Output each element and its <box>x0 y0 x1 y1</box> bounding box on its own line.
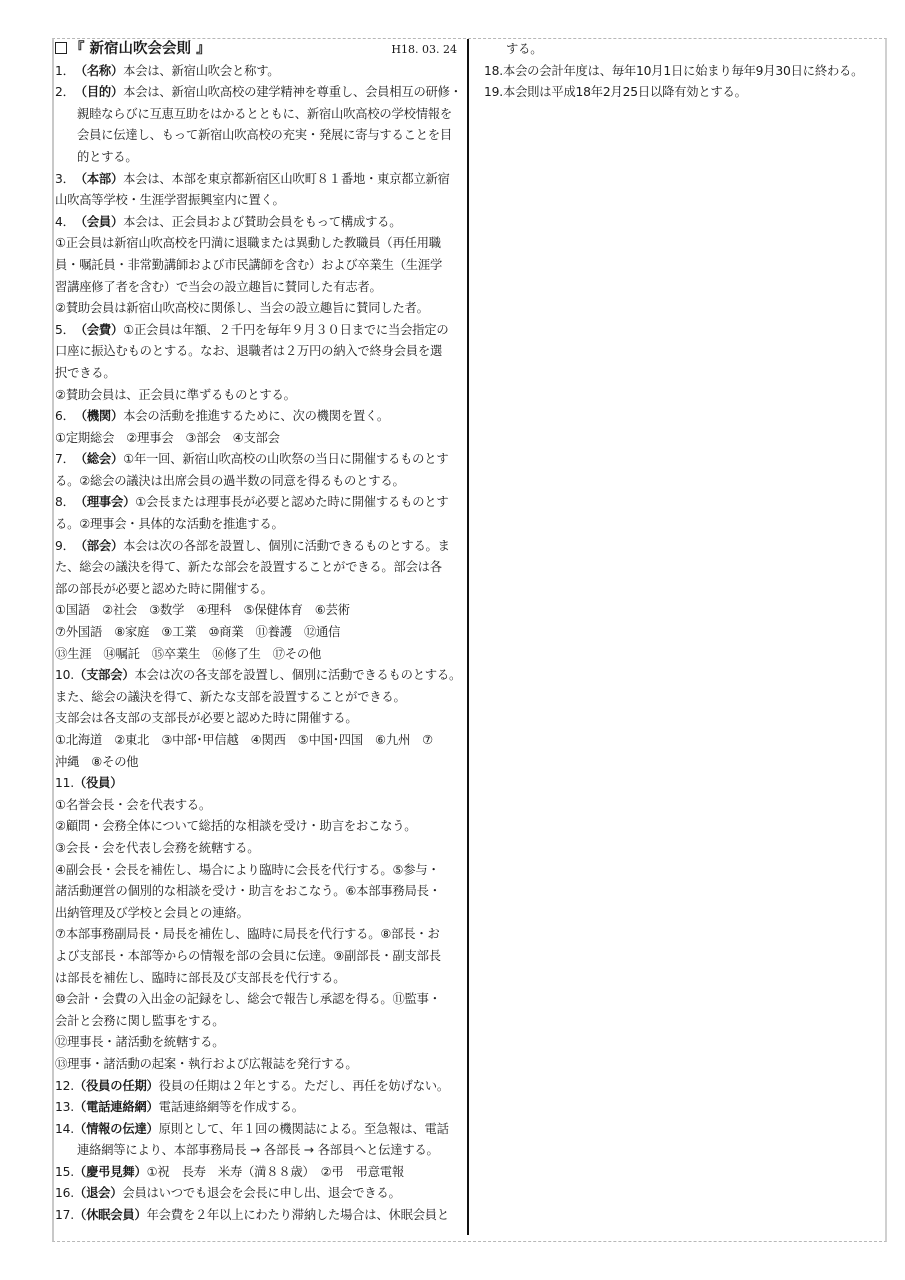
article-number: 1． <box>55 61 75 83</box>
article-line: 13.（電話連絡網）電話連絡網等を作成する。 <box>55 1097 465 1119</box>
article-line: 17.（休眠会員）年会費を２年以上にわたり滞納した場合は、休眠会員と <box>55 1205 465 1227</box>
article-line: 7．（総会）①年一回、新宿山吹高校の山吹祭の当日に開催するものとす <box>55 449 465 471</box>
article-line: 山吹高等学校・生涯学習振興室内に置く。 <box>55 190 465 212</box>
article-line: よび支部長・本部等からの情報を部の会員に伝達。⑨副部長・副支部長 <box>55 946 465 968</box>
article-text: る。②理事会・具体的な活動を推進する。 <box>55 517 284 531</box>
article-number: 13. <box>55 1097 74 1119</box>
article-line: 出納管理及び学校と会員との連絡。 <box>55 903 465 925</box>
article-text: 本会は、本部を東京都新宿区山吹町８１番地・東京都立新宿 <box>123 172 450 186</box>
article-heading: （休眠会員） <box>74 1208 147 1222</box>
article-line: ④副会長・会長を補佐し、場合により臨時に会長を代行する。⑤参与・ <box>55 860 465 882</box>
article-heading: （電話連絡網） <box>74 1100 159 1114</box>
article-text: ①国語 ②社会 ③数学 ④理科 ⑤保健体育 ⑥芸術 <box>55 603 350 617</box>
article-number: 2． <box>55 82 75 104</box>
article-text: ⑫理事長・諸活動を統轄する。 <box>55 1035 224 1049</box>
article-line: 口座に振込むものとする。なお、退職者は２万円の納入で終身会員を選 <box>55 341 465 363</box>
article-line: 6．（機関）本会の活動を推進するために、次の機関を置く。 <box>55 406 465 428</box>
article-text: ①年一回、新宿山吹高校の山吹祭の当日に開催するものとす <box>123 452 448 466</box>
article-text: 電話連絡網等を作成する。 <box>159 1100 304 1114</box>
article-line: 4．（会員）本会は、正会員および賛助会員をもって構成する。 <box>55 212 465 234</box>
article-line: また、総会の議決を得て、新たな支部を設置することができる。 <box>55 687 465 709</box>
article-line: ⑬理事・諸活動の起案・執行および広報誌を発行する。 <box>55 1054 465 1076</box>
article-text: ①会長または理事長が必要と認めた時に開催するものとす <box>135 495 448 509</box>
article-text: 山吹高等学校・生涯学習振興室内に置く。 <box>55 193 285 207</box>
article-line: 沖縄 ⑧その他 <box>55 752 465 774</box>
article-number: 14. <box>55 1119 74 1141</box>
article-heading: （機関） <box>75 409 123 423</box>
article-heading: （慶弔見舞） <box>74 1165 147 1179</box>
article-text: ②賛助会員は、正会員に準ずるものとする。 <box>55 388 296 402</box>
article-line: 択できる。 <box>55 363 465 385</box>
article-heading: （支部会） <box>74 668 135 682</box>
article-text: よび支部長・本部等からの情報を部の会員に伝達。⑨副部長・副支部長 <box>55 949 441 963</box>
article-number: 19. <box>484 82 503 104</box>
article-text: ⑦本部事務副局長・局長を補佐し、臨時に局長を代行する。⑧部長・お <box>55 927 440 941</box>
article-line: する。 <box>484 39 879 61</box>
article-number: 5． <box>55 320 75 342</box>
article-heading: （目的） <box>75 85 123 99</box>
article-line: ⑩会計・会費の入出金の記録をし、総会で報告し承認を得る。⑪監事・ <box>55 989 465 1011</box>
article-number: 10. <box>55 665 74 687</box>
article-heading: （本部） <box>75 172 123 186</box>
article-line: ①正会員は新宿山吹高校を円満に退職または異動した教職員（再任用職 <box>55 233 465 255</box>
article-line: ②賛助会員は、正会員に準ずるものとする。 <box>55 385 465 407</box>
article-text: 習講座修了者を含む）で当会の設立趣旨に賛同した有志者。 <box>55 280 382 294</box>
article-text: ①定期総会 ②理事会 ③部会 ④支部会 <box>55 431 280 445</box>
article-text: また、総会の議決を得て、新たな支部を設置することができる。 <box>55 690 406 704</box>
article-number: 4． <box>55 212 75 234</box>
article-number: 12. <box>55 1076 74 1098</box>
article-number: 18. <box>484 61 503 83</box>
article-heading: （部会） <box>75 539 123 553</box>
article-line: ①国語 ②社会 ③数学 ④理科 ⑤保健体育 ⑥芸術 <box>55 600 465 622</box>
left-column: 『 新宿山吹会会則 』 H18. 03. 24 1．（名称）本会は、新宿山吹会と… <box>55 39 465 1227</box>
article-number: 7． <box>55 449 75 471</box>
checkbox-square-icon <box>55 42 67 54</box>
article-text: 択できる。 <box>55 366 116 380</box>
article-text: 員・嘱託員・非常勤講師および市民講師を含む）および卒業生（生涯学 <box>55 258 442 272</box>
document-title: 『 新宿山吹会会則 』 <box>55 39 211 61</box>
article-heading: （名称） <box>75 64 123 78</box>
article-line: ①定期総会 ②理事会 ③部会 ④支部会 <box>55 428 465 450</box>
article-text: ③会長・会を代表し会務を統轄する。 <box>55 841 259 855</box>
article-line: ⑦本部事務副局長・局長を補佐し、臨時に局長を代行する。⑧部長・お <box>55 924 465 946</box>
right-article-list: する。18.本会の会計年度は、毎年10月1日に始まり毎年9月30日に終わる。19… <box>484 39 879 104</box>
article-heading: （情報の伝達） <box>74 1122 159 1136</box>
article-line: 11.（役員） <box>55 773 465 795</box>
article-text: ⑬生涯 ⑭嘱託 ⑮卒業生 ⑯修了生 ⑰その他 <box>55 647 321 661</box>
article-text: ④副会長・会長を補佐し、場合により臨時に会長を代行する。⑤参与・ <box>55 863 440 877</box>
column-divider <box>467 39 469 1235</box>
article-text: 役員の任期は２年とする。ただし、再任を妨げない。 <box>159 1079 449 1093</box>
article-text: 口座に振込むものとする。なお、退職者は２万円の納入で終身会員を選 <box>55 344 442 358</box>
article-text: ①北海道 ②東北 ③中部･甲信越 ④関西 ⑤中国･四国 ⑥九州 ⑦ <box>55 733 433 747</box>
article-text: 本会は次の各部を設置し、個別に活動できるものとする。ま <box>123 539 450 553</box>
article-heading: （会員） <box>75 215 123 229</box>
article-text: ①正会員は新宿山吹高校を円満に退職または異動した教職員（再任用職 <box>55 236 441 250</box>
article-heading: （役員の任期） <box>74 1079 159 1093</box>
article-line: る。②総会の議決は出席会員の過半数の同意を得るものとする。 <box>55 471 465 493</box>
article-line: ①北海道 ②東北 ③中部･甲信越 ④関西 ⑤中国･四国 ⑥九州 ⑦ <box>55 730 465 752</box>
article-text: ②賛助会員は新宿山吹高校に関係し、当会の設立趣旨に賛同した者。 <box>55 301 429 315</box>
article-text: 本会の活動を推進するために、次の機関を置く。 <box>123 409 389 423</box>
right-column: する。18.本会の会計年度は、毎年10月1日に始まり毎年9月30日に終わる。19… <box>484 39 879 104</box>
article-text: 会員はいつでも退会を会長に申し出、退会できる。 <box>122 1186 400 1200</box>
article-number: 16. <box>55 1183 74 1205</box>
article-heading: （退会） <box>74 1186 122 1200</box>
article-line: 部の部長が必要と認めた時に開催する。 <box>55 579 465 601</box>
article-line: 15.（慶弔見舞）①祝 長寿 米寿（満８８歳） ②弔 弔意電報 <box>55 1162 465 1184</box>
article-text: た、総会の議決を得て、新たな部会を設置することができる。部会は各 <box>55 560 442 574</box>
article-line: 会計と会務に関し監事をする。 <box>55 1011 465 1033</box>
article-heading: （会費） <box>75 323 123 337</box>
article-text: 年会費を２年以上にわたり滞納した場合は、休眠会員と <box>147 1208 449 1222</box>
article-number: 17. <box>55 1205 74 1227</box>
article-line: 14.（情報の伝達）原則として、年１回の機関誌による。至急報は、電話 <box>55 1119 465 1141</box>
article-line: 12.（役員の任期）役員の任期は２年とする。ただし、再任を妨げない。 <box>55 1076 465 1098</box>
article-text: ①祝 長寿 米寿（満８８歳） ②弔 弔意電報 <box>147 1165 404 1179</box>
article-text: する。 <box>506 42 542 56</box>
article-text: 本会の会計年度は、毎年10月1日に始まり毎年9月30日に終わる。 <box>503 64 863 78</box>
article-line: 連絡網等により、本部事務局長 → 各部長 → 各部員へと伝達する。 <box>55 1140 465 1162</box>
article-line: 18.本会の会計年度は、毎年10月1日に始まり毎年9月30日に終わる。 <box>484 61 879 83</box>
article-text: 本会は次の各支部を設置し、個別に活動できるものとする。 <box>134 668 461 682</box>
article-line: る。②理事会・具体的な活動を推進する。 <box>55 514 465 536</box>
article-line: ②賛助会員は新宿山吹高校に関係し、当会の設立趣旨に賛同した者。 <box>55 298 465 320</box>
article-heading: （役員） <box>74 776 122 790</box>
title-row: 『 新宿山吹会会則 』 H18. 03. 24 <box>55 39 465 61</box>
article-line: ①名誉会長・会を代表する。 <box>55 795 465 817</box>
article-text: ⑩会計・会費の入出金の記録をし、総会で報告し承認を得る。⑪監事・ <box>55 992 441 1006</box>
article-number: 8． <box>55 492 75 514</box>
article-line: た、総会の議決を得て、新たな部会を設置することができる。部会は各 <box>55 557 465 579</box>
article-text: 支部会は各支部の支部長が必要と認めた時に開催する。 <box>55 711 357 725</box>
article-line: 的とする。 <box>55 147 465 169</box>
article-text: 諸活動運営の個別的な相談を受け・助言をおこなう。⑥本部事務局長・ <box>55 884 441 898</box>
article-line: 9．（部会）本会は次の各部を設置し、個別に活動できるものとする。ま <box>55 536 465 558</box>
article-text: 本会は、新宿山吹会と称す。 <box>123 64 279 78</box>
article-text: 的とする。 <box>77 150 138 164</box>
article-number: 15. <box>55 1162 74 1184</box>
article-text: 沖縄 ⑧その他 <box>55 755 138 769</box>
article-line: 1．（名称）本会は、新宿山吹会と称す。 <box>55 61 465 83</box>
article-line: 3．（本部）本会は、本部を東京都新宿区山吹町８１番地・東京都立新宿 <box>55 169 465 191</box>
article-line: ⑬生涯 ⑭嘱託 ⑮卒業生 ⑯修了生 ⑰その他 <box>55 644 465 666</box>
article-number: 11. <box>55 773 74 795</box>
article-line: 5．（会費）①正会員は年額、２千円を毎年９月３０日までに当会指定の <box>55 320 465 342</box>
article-text: 親睦ならびに互恵互助をはかるとともに、新宿山吹高校の学校情報を <box>77 107 452 121</box>
article-text: ①名誉会長・会を代表する。 <box>55 798 211 812</box>
article-line: 習講座修了者を含む）で当会の設立趣旨に賛同した有志者。 <box>55 277 465 299</box>
article-line: 諸活動運営の個別的な相談を受け・助言をおこなう。⑥本部事務局長・ <box>55 881 465 903</box>
article-text: 会計と会務に関し監事をする。 <box>55 1014 224 1028</box>
article-text: ⑦外国語 ⑧家庭 ⑨工業 ⑩商業 ⑪養護 ⑫通信 <box>55 625 340 639</box>
article-text: 会員に伝達し、もって新宿山吹高校の充実・発展に寄与することを目 <box>77 128 452 142</box>
article-text: 本会則は平成18年2月25日以降有効とする。 <box>503 85 747 99</box>
article-number: 6． <box>55 406 75 428</box>
article-line: 員・嘱託員・非常勤講師および市民講師を含む）および卒業生（生涯学 <box>55 255 465 277</box>
article-line: 16.（退会）会員はいつでも退会を会長に申し出、退会できる。 <box>55 1183 465 1205</box>
left-article-list: 1．（名称）本会は、新宿山吹会と称す。2．（目的）本会は、新宿山吹高校の建学精神… <box>55 61 465 1227</box>
article-number: 3． <box>55 169 75 191</box>
article-line: 会員に伝達し、もって新宿山吹高校の充実・発展に寄与することを目 <box>55 125 465 147</box>
article-text: る。②総会の議決は出席会員の過半数の同意を得るものとする。 <box>55 474 405 488</box>
article-line: ③会長・会を代表し会務を統轄する。 <box>55 838 465 860</box>
article-number: 9． <box>55 536 75 558</box>
article-line: ②顧問・会務全体について総括的な相談を受け・助言をおこなう。 <box>55 816 465 838</box>
article-text: は部長を補佐し、臨時に部長及び支部長を代行する。 <box>55 971 345 985</box>
article-text: 連絡網等により、本部事務局長 → 各部長 → 各部員へと伝達する。 <box>77 1143 439 1157</box>
article-line: 支部会は各支部の支部長が必要と認めた時に開催する。 <box>55 708 465 730</box>
article-line: 10.（支部会）本会は次の各支部を設置し、個別に活動できるものとする。 <box>55 665 465 687</box>
article-text: 部の部長が必要と認めた時に開催する。 <box>55 582 273 596</box>
article-line: ⑫理事長・諸活動を統轄する。 <box>55 1032 465 1054</box>
article-text: 原則として、年１回の機関誌による。至急報は、電話 <box>159 1122 449 1136</box>
article-line: 19.本会則は平成18年2月25日以降有効とする。 <box>484 82 879 104</box>
article-text: ①正会員は年額、２千円を毎年９月３０日までに当会指定の <box>123 323 448 337</box>
title-text: 『 新宿山吹会会則 』 <box>70 41 211 57</box>
article-heading: （理事会） <box>75 495 136 509</box>
article-line: 親睦ならびに互恵互助をはかるとともに、新宿山吹高校の学校情報を <box>55 104 465 126</box>
article-heading: （総会） <box>75 452 123 466</box>
article-text: ②顧問・会務全体について総括的な相談を受け・助言をおこなう。 <box>55 819 416 833</box>
article-text: ⑬理事・諸活動の起案・執行および広報誌を発行する。 <box>55 1057 357 1071</box>
article-text: 本会は、正会員および賛助会員をもって構成する。 <box>123 215 401 229</box>
article-line: は部長を補佐し、臨時に部長及び支部長を代行する。 <box>55 968 465 990</box>
article-line: ⑦外国語 ⑧家庭 ⑨工業 ⑩商業 ⑪養護 ⑫通信 <box>55 622 465 644</box>
document-date: H18. 03. 24 <box>391 39 457 61</box>
article-text: 出納管理及び学校と会員との連絡。 <box>55 906 249 920</box>
article-line: 2．（目的）本会は、新宿山吹高校の建学精神を尊重し、会員相互の研修・ <box>55 82 465 104</box>
article-text: 本会は、新宿山吹高校の建学精神を尊重し、会員相互の研修・ <box>123 85 462 99</box>
article-line: 8．（理事会）①会長または理事長が必要と認めた時に開催するものとす <box>55 492 465 514</box>
